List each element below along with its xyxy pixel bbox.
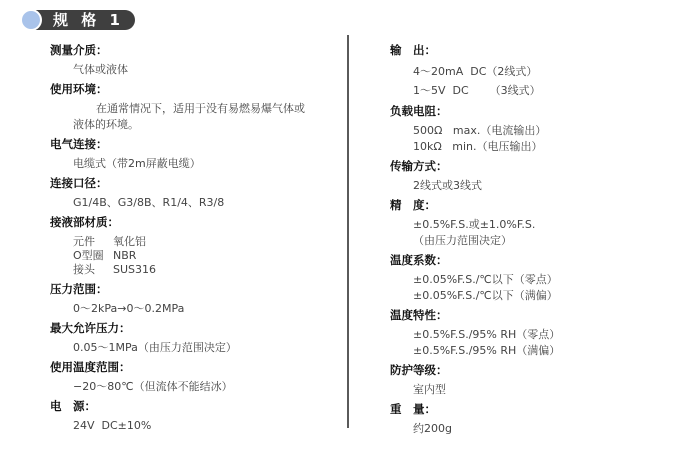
spec-value: −20～80℃（但流体不能结冰） (73, 379, 340, 395)
spec-medium: 测量介质： 气体或液体 (50, 42, 340, 78)
spec-value: 室内型 (413, 382, 690, 398)
spec-label: 接液部材质： (50, 214, 340, 231)
material-row: 接头SUS316 (73, 262, 340, 278)
spec-value: ±0.05%F.S./℃以下（满偏） (413, 288, 690, 304)
header-dot-icon (20, 9, 42, 31)
spec-max-pressure: 最大允许压力： 0.05～1MPa（由压力范围决定） (50, 320, 340, 356)
material-part: O型圈 (73, 250, 113, 262)
spec-label: 负载电阻： (390, 103, 690, 120)
spec-label: 使用温度范围： (50, 359, 340, 376)
spec-label: 重 量： (390, 401, 690, 418)
material-name: NBR (113, 250, 136, 262)
spec-wetted-materials: 接液部材质： 元件氧化铝 O型圈NBR 接头SUS316 (50, 214, 340, 278)
spec-value: 1～5V DC （3线式） (413, 81, 690, 100)
spec-value: 约200g (413, 421, 690, 437)
spec-value: 液体的环境。 (73, 117, 340, 133)
spec-value: 500Ω max.（电流输出） (413, 123, 690, 139)
spec-label: 使用环境： (50, 81, 340, 98)
spec-value: 在通常情况下，适用于没有易燃易爆气体或 (73, 101, 340, 117)
spec-label: 输 出： (390, 42, 690, 59)
spec-temperature-range: 使用温度范围： −20～80℃（但流体不能结冰） (50, 359, 340, 395)
spec-label: 温度系数： (390, 252, 690, 269)
spec-value: ±0.05%F.S./℃以下（零点） (413, 272, 690, 288)
spec-value: ±0.5%F.S.或±1.0%F.S. (413, 217, 690, 233)
spec-value: 0～2kPa→0～0.2MPa (73, 301, 340, 317)
spec-value: 4～20mA DC（2线式） (413, 62, 690, 81)
spec-value: 24V DC±10% (73, 418, 340, 434)
right-spec-column: 输 出： 4～20mA DC（2线式） 1～5V DC （3线式） 负载电阻： … (390, 42, 690, 440)
material-row: 元件氧化铝 (73, 234, 340, 250)
spec-value: 2线式或3线式 (413, 178, 690, 194)
section-title: 规 格 1 (53, 10, 124, 30)
spec-protection-class: 防护等级： 室内型 (390, 362, 690, 398)
spec-temperature-coefficient: 温度系数： ±0.05%F.S./℃以下（零点） ±0.05%F.S./℃以下（… (390, 252, 690, 304)
spec-value: G1/4B、G3/8B、R1/4、R3/8 (73, 195, 340, 211)
left-spec-column: 测量介质： 气体或液体 使用环境： 在通常情况下，适用于没有易燃易爆气体或 液体… (50, 42, 340, 437)
spec-load-resistance: 负载电阻： 500Ω max.（电流输出） 10kΩ min.（电压输出） (390, 103, 690, 155)
spec-label: 电 源： (50, 398, 340, 415)
spec-value: ±0.5%F.S./95% RH（零点） (413, 327, 690, 343)
section-header: 规 格 1 (20, 9, 135, 31)
spec-electrical-connection: 电气连接： 电缆式（带2m屏蔽电缆） (50, 136, 340, 172)
spec-label: 精 度： (390, 197, 690, 214)
material-name: 氧化铝 (113, 234, 146, 250)
material-name: SUS316 (113, 262, 156, 278)
spec-power-supply: 电 源： 24V DC±10% (50, 398, 340, 434)
spec-value: 气体或液体 (73, 62, 340, 78)
spec-transmission: 传输方式： 2线式或3线式 (390, 158, 690, 194)
material-part: 元件 (73, 234, 113, 250)
spec-label: 最大允许压力： (50, 320, 340, 337)
spec-environment: 使用环境： 在通常情况下，适用于没有易燃易爆气体或 液体的环境。 (50, 81, 340, 133)
spec-label: 温度特性： (390, 307, 690, 324)
spec-weight: 重 量： 约200g (390, 401, 690, 437)
spec-label: 电气连接： (50, 136, 340, 153)
spec-label: 传输方式： (390, 158, 690, 175)
spec-temperature-characteristic: 温度特性： ±0.5%F.S./95% RH（零点） ±0.5%F.S./95%… (390, 307, 690, 359)
spec-pressure-range: 压力范围： 0～2kPa→0～0.2MPa (50, 281, 340, 317)
spec-label: 连接口径： (50, 175, 340, 192)
spec-value: ±0.5%F.S./95% RH（满偏） (413, 343, 690, 359)
column-divider (347, 35, 349, 428)
spec-value: 电缆式（带2m屏蔽电缆） (73, 156, 340, 172)
spec-accuracy: 精 度： ±0.5%F.S.或±1.0%F.S. （由压力范围决定） (390, 197, 690, 249)
spec-label: 测量介质： (50, 42, 340, 59)
material-row: O型圈NBR (73, 250, 340, 262)
spec-port-size: 连接口径： G1/4B、G3/8B、R1/4、R3/8 (50, 175, 340, 211)
spec-label: 防护等级： (390, 362, 690, 379)
spec-output: 输 出： 4～20mA DC（2线式） 1～5V DC （3线式） (390, 42, 690, 100)
spec-label: 压力范围： (50, 281, 340, 298)
spec-value: 10kΩ min.（电压输出） (413, 139, 690, 155)
spec-value: （由压力范围决定） (413, 233, 690, 249)
material-part: 接头 (73, 262, 113, 278)
spec-value: 0.05～1MPa（由压力范围决定） (73, 340, 340, 356)
